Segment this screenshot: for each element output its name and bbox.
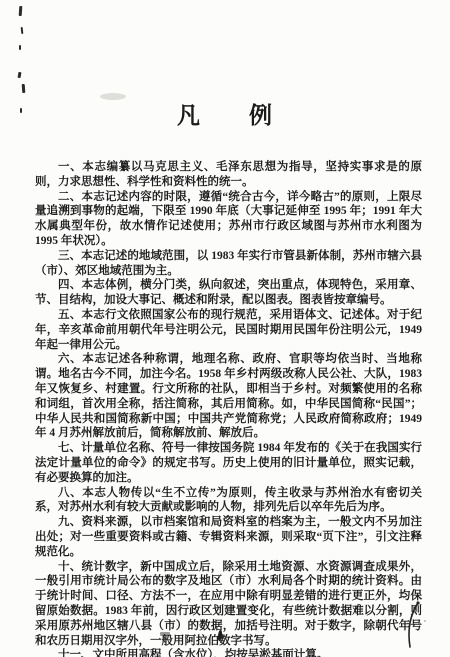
scan-artifact-speck <box>22 84 26 93</box>
paragraph-10: 十、统计数字，新中国成立后，除采用土地资源、水资源调查成果外，一般引用市统计局公… <box>35 560 422 649</box>
paragraph-6: 六、本志记述各种称谓，地理名称、政府、官职等均依当时、当地称谓。地名古今不同，加… <box>35 352 422 441</box>
paragraph-8: 八、本志人物传以“生不立传”为原则，传主收录与苏州治水有密切关系，对苏州水利有较… <box>35 486 422 516</box>
paragraph-11: 十一、文中所用高程（含水位），均按吴淞基面计算。 <box>35 648 422 657</box>
document-body: 一、本志编纂以马克思主义、毛泽东思想为指导，坚持实事求是的原则，力求思想性、科学… <box>35 160 422 657</box>
paragraph-1: 一、本志编纂以马克思主义、毛泽东思想为指导，坚持实事求是的原则，力求思想性、科学… <box>35 160 422 190</box>
paragraph-7: 七、计量单位名称、符号一律按国务院 1984 年发布的《关于在我国实行法定计量单… <box>35 441 422 485</box>
scanned-document-page: 凡 例 一、本志编纂以马克思主义、毛泽东思想为指导，坚持实事求是的原则，力求思想… <box>0 0 450 657</box>
paragraph-5: 五、本志行文依照国家公布的现行规范，采用语体文、记述体。对于纪年，辛亥革命前用朝… <box>35 308 422 352</box>
scan-artifact-speck <box>21 27 24 34</box>
paragraph-4: 四、本志体例，横分门类，纵向叙述，突出重点，体现特色，采用章、节、目结构，加设大… <box>35 278 422 308</box>
paragraph-9: 九、资料来源，以市档案馆和局资料室的档案为主，一般文内不另加注出处；对一些重要资… <box>35 515 422 559</box>
paragraph-2: 二、本志记述内容的时限，遵循“统合古今，详今略古”的原则，上限尽量追溯到事物的起… <box>35 190 422 249</box>
scan-artifact-pen-stroke <box>392 599 428 651</box>
scan-artifact-speck <box>18 72 22 78</box>
scan-artifact-speck <box>19 6 23 16</box>
scan-artifact-speck <box>19 45 21 50</box>
paragraph-3: 三、本志记述的地域范围，以 1983 年实行市管县新体制，苏州市辖六县（市）、郊… <box>35 249 422 279</box>
page-title: 凡 例 <box>0 97 450 130</box>
